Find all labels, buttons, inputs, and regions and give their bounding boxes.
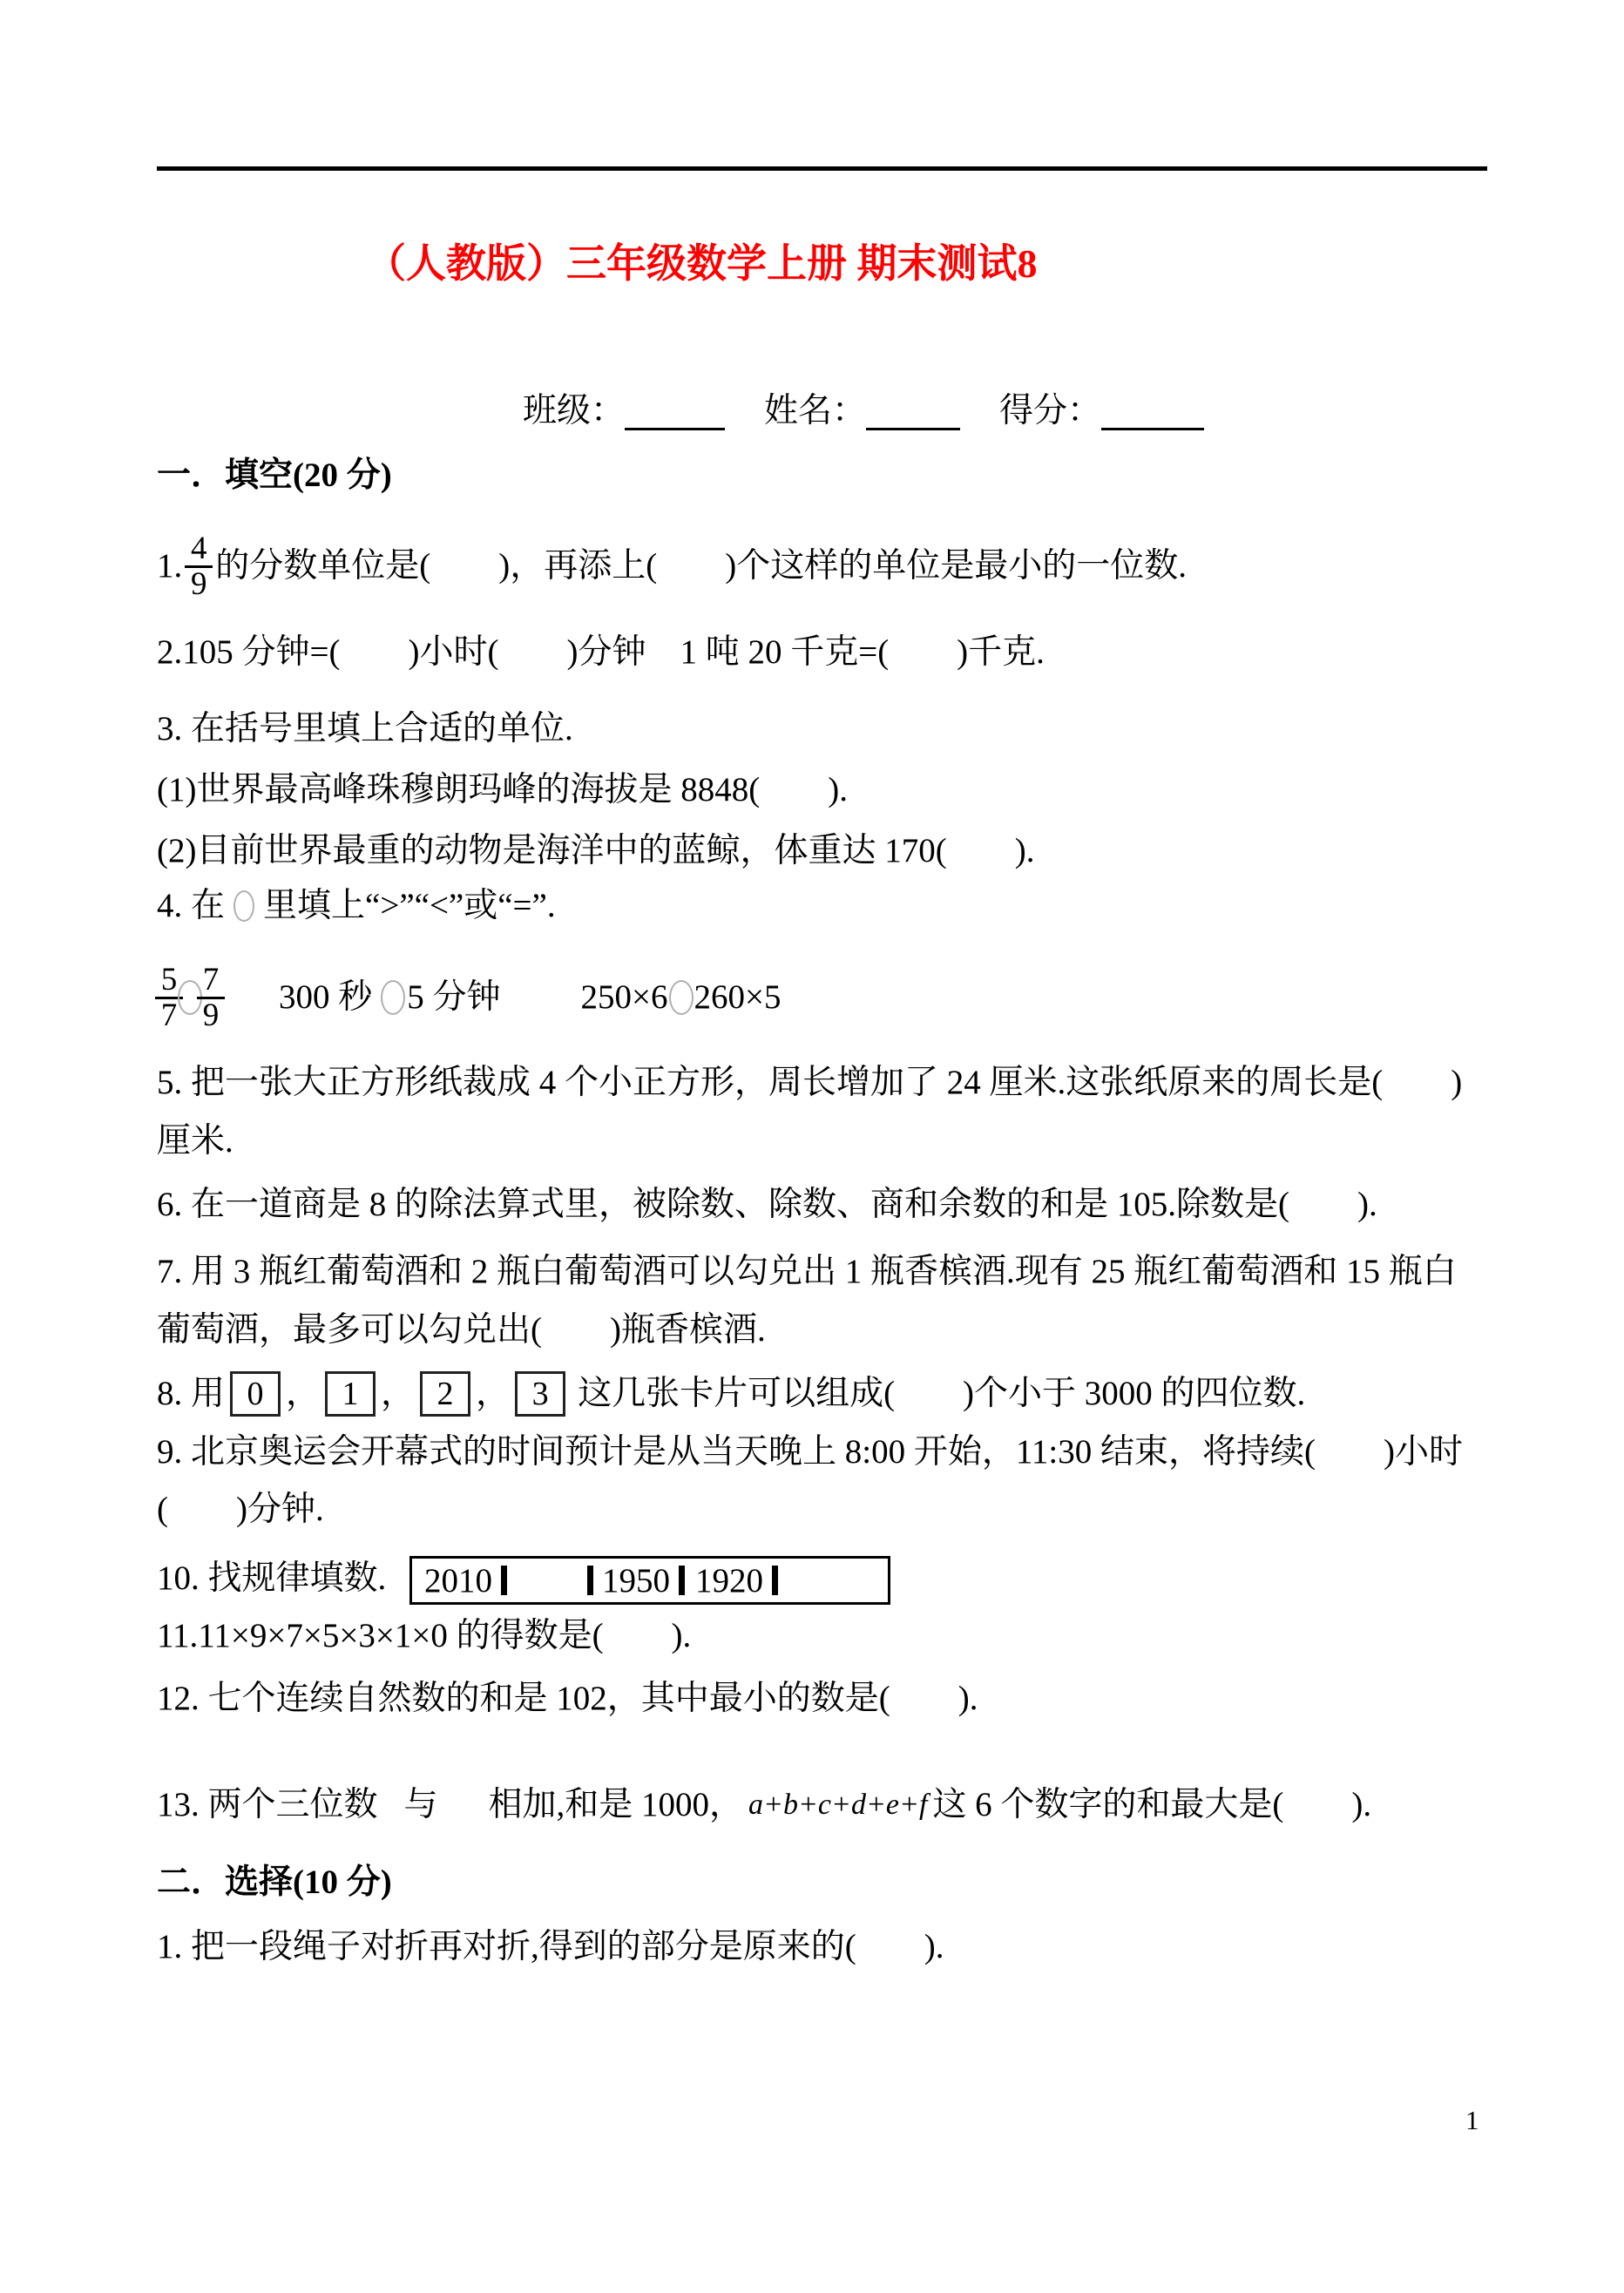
question-13-formula: a+b+c+d+e+f xyxy=(748,1786,927,1824)
sequence-value-3: 1920 xyxy=(695,1561,763,1600)
choice-question-1: 1. 把一段绳子对折再对折,得到的部分是原来的( ). xyxy=(157,1928,944,1966)
digit-card-0: 0 xyxy=(230,1371,281,1417)
compare-item-product-2: 260×5 xyxy=(694,978,782,1017)
sequence-divider xyxy=(679,1566,685,1595)
question-4-pre: 4. 在 xyxy=(157,887,225,925)
question-5-line-2: 厘米. xyxy=(157,1122,233,1160)
digit-card-1: 1 xyxy=(325,1371,376,1417)
question-3-sub-1: (1)世界最高峰珠穆朗玛峰的海拔是 8848( ). xyxy=(157,771,848,809)
question-4-compare-row: 57 79 300 秒 5 分钟 250×6 260×5 xyxy=(155,959,782,1036)
sequence-divider xyxy=(772,1566,778,1595)
question-9-line-1: 9. 北京奥运会开幕式的时间预计是从当天晚上 8:00 开始，11:30 结束，… xyxy=(157,1433,1463,1471)
score-label: 得分： xyxy=(999,392,1101,430)
question-8-pre: 8. 用 xyxy=(157,1375,225,1413)
question-10-label: 10. 找规律填数. xyxy=(157,1559,386,1598)
question-7-line-2: 葡萄酒，最多可以勾兑出( )瓶香槟酒. xyxy=(157,1311,766,1349)
number-sequence-box: 2010 1950 1920 xyxy=(409,1556,890,1605)
digit-card-2: 2 xyxy=(420,1371,470,1417)
worksheet-page: （人教版）三年级数学上册 期末测试8 班级：姓名：得分： 一．填空(20 分) … xyxy=(0,0,1624,2293)
question-3-sub-2: (2)目前世界最重的动物是海洋中的蓝鲸，体重达 170( ). xyxy=(157,832,1034,870)
score-blank xyxy=(1101,393,1204,430)
question-11: 11.11×9×7×5×3×1×0 的得数是( ). xyxy=(157,1617,691,1655)
sequence-value-2: 1950 xyxy=(602,1561,670,1600)
question-13-post: 这 6 个数字的和最大是( ). xyxy=(932,1786,1371,1824)
card-separator: ， xyxy=(476,1375,510,1413)
student-info-line: 班级：姓名：得分： xyxy=(523,390,1204,432)
question-3: 3. 在括号里填上合适的单位. xyxy=(157,710,573,748)
question-8-post: 这几张卡片可以组成( )个小于 3000 的四位数. xyxy=(578,1375,1305,1413)
section-one-header: 一．填空(20 分) xyxy=(157,457,392,495)
question-8: 8. 用 0， 1， 2， 3 这几张卡片可以组成( )个小于 3000 的四位… xyxy=(157,1370,1305,1418)
card-separator: ， xyxy=(286,1375,320,1413)
question-12: 12. 七个连续自然数的和是 102，其中最小的数是( ). xyxy=(157,1680,978,1718)
question-2: 2.105 分钟=( )小时( )分钟 1 吨 20 千克=( )千克. xyxy=(157,633,1045,672)
question-7-line-1: 7. 用 3 瓶红葡萄酒和 2 瓶白葡萄酒可以勾兑出 1 瓶香槟酒.现有 25 … xyxy=(157,1253,1457,1291)
compare-item-seconds: 300 秒 xyxy=(279,978,372,1017)
compare-circle-icon xyxy=(233,890,254,922)
question-5-line-1: 5. 把一张大正方形纸裁成 4 个小正方形，周长增加了 24 厘米.这张纸原来的… xyxy=(157,1064,1462,1102)
card-separator: ， xyxy=(381,1375,415,1413)
compare-item-product-1: 250×6 xyxy=(581,978,668,1017)
question-4: 4. 在 里填上“>”“<”或“=”. xyxy=(157,885,556,927)
question-1-text: 的分数单位是( )，再添上( )个这样的单位是最小的一位数. xyxy=(215,547,1187,585)
sequence-value-1: 2010 xyxy=(424,1561,492,1600)
class-blank xyxy=(625,393,725,430)
question-13-pre: 13. 两个三位数 xyxy=(157,1786,378,1824)
question-9-line-2: ( )分钟. xyxy=(157,1491,324,1529)
question-6: 6. 在一道商是 8 的除法算式里，被除数、除数、商和余数的和是 105.除数是… xyxy=(157,1186,1377,1224)
page-title: （人教版）三年级数学上册 期末测试8 xyxy=(366,242,1038,286)
question-1: 1. 49 的分数单位是( )，再添上( )个这样的单位是最小的一位数. xyxy=(157,527,1187,605)
name-label: 姓名： xyxy=(764,392,866,430)
question-4-post: 里填上“>”“<”或“=”. xyxy=(263,887,556,925)
fraction-7-9: 79 xyxy=(197,964,225,1032)
compare-circle-icon xyxy=(669,980,694,1015)
class-label: 班级： xyxy=(523,392,625,430)
section-two-header: 二．选择(10 分) xyxy=(157,1863,392,1902)
sequence-divider xyxy=(501,1566,507,1595)
compare-item-minutes: 5 分钟 xyxy=(407,978,500,1017)
page-number: 1 xyxy=(1465,2101,1479,2140)
question-13-mid: 与 xyxy=(404,1786,438,1824)
top-rule xyxy=(157,166,1487,171)
sequence-divider xyxy=(587,1566,593,1595)
question-13-mid2: 相加,和是 1000， xyxy=(489,1786,744,1824)
question-13: 13. 两个三位数 与 相加,和是 1000， a+b+c+d+e+f 这 6 … xyxy=(157,1784,1371,1826)
compare-circle-icon xyxy=(381,980,405,1015)
fraction-4-9: 49 xyxy=(185,533,213,600)
name-blank xyxy=(866,393,960,430)
digit-card-3: 3 xyxy=(515,1371,565,1417)
question-1-number: 1. xyxy=(157,547,182,585)
